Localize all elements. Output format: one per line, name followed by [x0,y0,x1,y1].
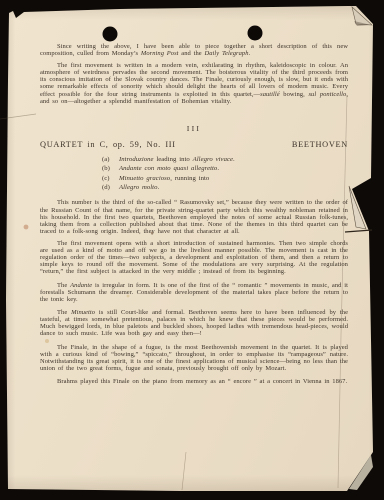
movement-item-a: (a) Introduzione leading into Allegro vi… [102,155,348,164]
minuetto-paragraph: The Minuetto is still Court-like and for… [40,309,348,338]
work-title: QUARTET in C, op. 59, No. III [40,141,176,148]
movement-item-c: (c) Minuetto gracioso, running into [102,174,348,183]
movement-label: (c) [102,174,119,183]
composer-name: BEETHOVEN [292,141,348,148]
movement-text: Minuetto gracioso, running into [119,174,209,183]
movement-text: Introduzione leading into Allegro vivace… [119,155,235,164]
page-text-block: Since writing the above, I have been abl… [40,43,348,390]
rasumovsky-paragraph: This number is the third of the so-calle… [40,199,348,235]
section-numeral: III [40,125,348,132]
movement-text: Andante con moto quasi allegretto. [119,164,219,173]
finale-paragraph: The Finale, in the shape of a fugue, is … [40,344,348,373]
intro-paragraph: Since writing the above, I have been abl… [40,43,348,57]
scan-background: Since writing the above, I have been abl… [0,0,384,500]
movement-text: Allegro molto. [119,183,159,192]
brahms-paragraph: Brahms played this Finale on the piano f… [40,378,348,385]
movement-item-b: (b) Andante con moto quasi allegretto. [102,164,348,173]
movement-list: (a) Introduzione leading into Allegro vi… [102,155,348,192]
movement-label: (b) [102,164,119,173]
movement-item-d: (d) Allegro molto. [102,183,348,192]
andante-paragraph: The Andante is irregular in form. It is … [40,282,348,303]
document-page: Since writing the above, I have been abl… [0,0,384,500]
first-movement-paragraph: The first movement opens with a short in… [40,240,348,276]
movement-label: (a) [102,155,119,164]
program-heading: QUARTET in C, op. 59, No. III BEETHOVEN [40,141,348,148]
description-paragraph: The first movement is written in a moder… [40,62,348,105]
movement-label: (d) [102,183,119,192]
